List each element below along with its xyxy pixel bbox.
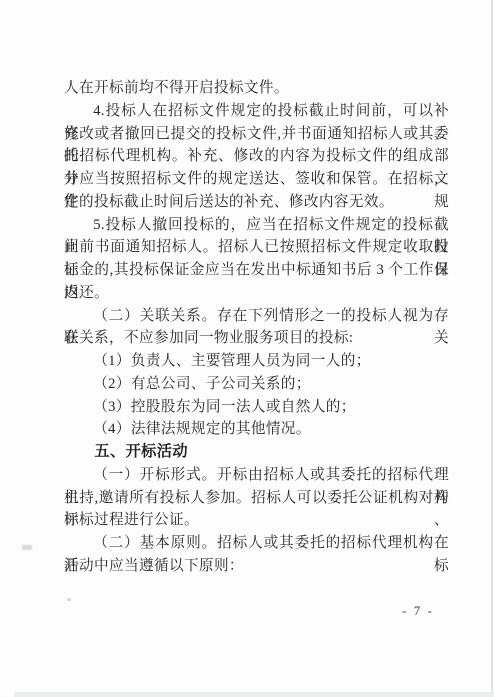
text-line: 主持,邀请所有投标人参加。招标人可以委托公证机构对开标、 — [64, 487, 449, 510]
text-line: 并应当按照招标文件的规定送达、签收和保管。在招标文件规 — [64, 168, 449, 191]
text-line: 修改或者撤回已提交的投标文件,并书面通知招标人或其委托 — [64, 123, 449, 146]
text-line: （二）基本原则。招标人或其委托的招标代理机构在开标 — [64, 532, 449, 555]
text-line: （4）法律法规规定的其他情况。 — [64, 418, 449, 441]
page-number: - 7 - — [394, 603, 442, 619]
text-line: 返还。 — [64, 282, 449, 305]
text-line: 4.投标人在招标文件规定的投标截止时间前，可以补充、 — [64, 100, 449, 123]
text-line: 的招标代理机构。补充、修改的内容为投标文件的组成部分， — [64, 145, 449, 168]
text-line: （2）有总公司、子公司关系的； — [64, 373, 449, 396]
text-line: 5.投标人撤回投标的，应当在招标文件规定的投标截止时 — [64, 214, 449, 237]
text-line: 定的投标截止时间后送达的补充、修改内容无效。 — [64, 191, 449, 214]
text-line: 人在开标前均不得开启投标文件。 — [64, 77, 449, 100]
text-line: （1）负责人、主要管理人员为同一人的； — [64, 350, 449, 373]
scanned-document-page: 人在开标前均不得开启投标文件。4.投标人在招标文件规定的投标截止时间前，可以补充… — [0, 0, 494, 697]
text-line: （二）关联关系。存在下列情形之一的投标人视为存在关 — [64, 305, 449, 328]
scan-artifact-right-edge — [491, 0, 493, 697]
text-line: 证金的,其投标保证金应当在发出中标通知书后 3 个工作日内 — [64, 259, 449, 282]
scan-speck — [22, 545, 32, 550]
text-line: 间前书面通知招标人。招标人已按照招标文件规定收取投标保 — [64, 236, 449, 259]
scan-artifact-bottom-edge — [14, 692, 494, 697]
text-line: （一）开标形式。开标由招标人或其委托的招标代理机构 — [64, 464, 449, 487]
document-text: 人在开标前均不得开启投标文件。4.投标人在招标文件规定的投标截止时间前，可以补充… — [64, 77, 449, 578]
text-line: （3）控股股东为同一法人或自然人的； — [64, 396, 449, 419]
section-heading: 五、开标活动 — [64, 441, 449, 464]
scan-speck — [67, 598, 71, 601]
